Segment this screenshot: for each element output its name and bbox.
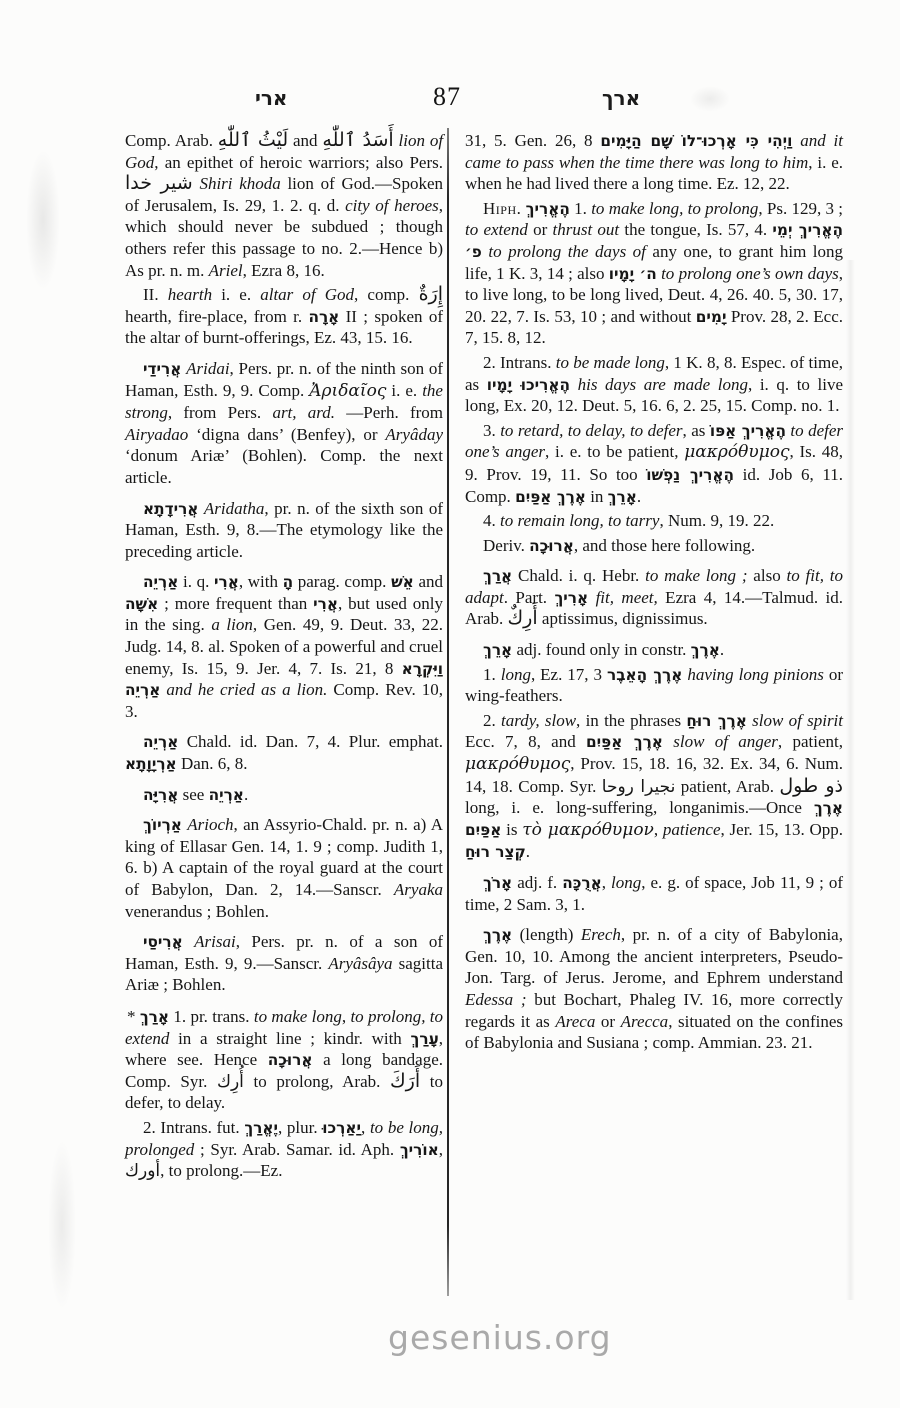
scanned-lexicon-page: ארי 87 ארך Comp. Arab. لَيْثُ ٱللّٰهِ an… xyxy=(0,0,900,1408)
dictionary-paragraph: אֲרִידָתָא Aridatha, pr. n. of the sixth… xyxy=(125,498,443,563)
running-head-right-word: ארך xyxy=(602,86,640,110)
dictionary-paragraph: אָרֵךְ adj. found only in constr. אֶרֶךְ… xyxy=(465,639,843,661)
dictionary-paragraph: אָרֹךְ adj. f. אֲרֻכָּה, long, e. g. of … xyxy=(465,872,843,915)
dictionary-paragraph: אֲרַךְ Chald. i. q. Hebr. to make long ;… xyxy=(465,565,843,630)
scan-smudge xyxy=(26,150,60,290)
dictionary-paragraph: אֲרִידַי Aridai, Pers. pr. n. of the nin… xyxy=(125,358,443,489)
dictionary-paragraph: אַרְיֵה i. q. אֲרִי, with הָ parag. comp… xyxy=(125,571,443,722)
dictionary-paragraph: 3. to retard, to delay, to defer, as הֶא… xyxy=(465,420,843,507)
dictionary-paragraph: 2. tardy, slow, in the phrases אֶרֶךְ רו… xyxy=(465,710,843,863)
dictionary-paragraph: אֲרִיסַי Arisai, Pers. pr. n. of a son o… xyxy=(125,931,443,996)
dictionary-paragraph: Hiph. הֶאֱרִיךְ 1. to make long, to prol… xyxy=(465,198,843,349)
text-columns: Comp. Arab. لَيْثُ ٱللّٰهِ and أَسَدُ ٱل… xyxy=(125,130,843,1182)
dictionary-paragraph: 2. Intrans. to be made long, 1 K. 8, 8. … xyxy=(465,352,843,417)
page-edge-shadow xyxy=(846,260,855,1300)
right-column: 31, 5. Gen. 26, 8 וַיְהִי כִּי אָרְכוּ־ל… xyxy=(465,130,843,1182)
left-column: Comp. Arab. لَيْثُ ٱللّٰهِ and أَسَدُ ٱل… xyxy=(125,130,443,1182)
dictionary-paragraph: אַרְיֵה Chald. id. Dan. 7, 4. Plur. emph… xyxy=(125,731,443,774)
dictionary-paragraph: 4. to remain long, to tarry, Num. 9, 19.… xyxy=(465,510,843,532)
dictionary-paragraph: Comp. Arab. لَيْثُ ٱللّٰهِ and أَسَدُ ٱل… xyxy=(125,130,443,281)
dictionary-paragraph: II. hearth i. e. altar of God, comp. إِر… xyxy=(125,284,443,349)
running-head-left-word: ארי xyxy=(255,86,288,110)
running-head: ארי 87 ארך xyxy=(0,82,900,116)
dictionary-paragraph: אֶרֶךְ (length) Erech, pr. n. of a city … xyxy=(465,924,843,1054)
scan-smudge xyxy=(48,1140,76,1310)
dictionary-paragraph: 2. Intrans. fut. יֶאֱרַךְ, plur. יַאַרְכ… xyxy=(125,1117,443,1182)
dictionary-paragraph: אַרְיוֹךְ Arioch, an Assyrio-Chald. pr. … xyxy=(125,814,443,922)
dictionary-paragraph: 31, 5. Gen. 26, 8 וַיְהִי כִּי אָרְכוּ־ל… xyxy=(465,130,843,195)
page-number: 87 xyxy=(433,82,461,112)
dictionary-paragraph: Deriv. אֲרוּכָה, and those here followin… xyxy=(465,535,843,557)
dictionary-paragraph: 1. long, Ez. 17, 3 אֶרֶךְ הָאֵבֶר having… xyxy=(465,664,843,707)
dictionary-paragraph: אֲרִיָּה see אַרְיֵה. xyxy=(125,784,443,806)
dictionary-paragraph: * אָרַךְ 1. pr. trans. to make long, to … xyxy=(125,1006,443,1114)
watermark: gesenius.org xyxy=(388,1318,612,1357)
